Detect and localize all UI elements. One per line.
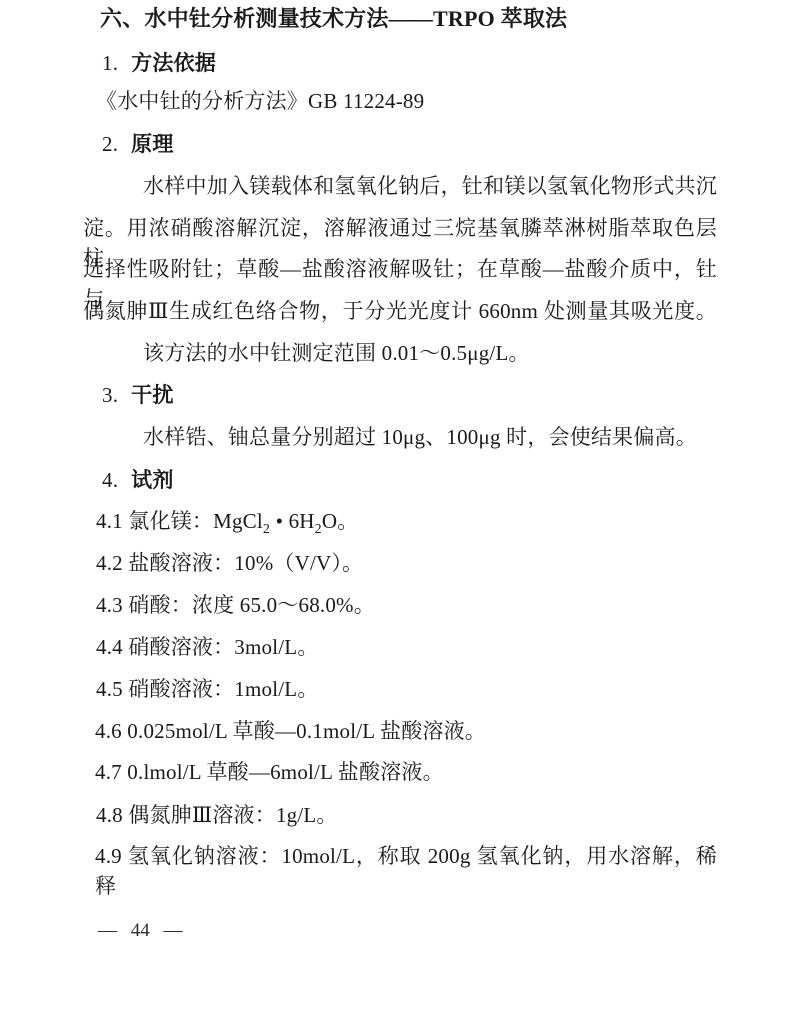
section-4-number: 4. [102, 468, 118, 492]
section-1-label: 方法依据 [131, 51, 216, 75]
page-number: — 44 — [98, 916, 183, 946]
interference-line: 水样锆、铀总量分别超过 10μg、100μg 时，会使结果偏高。 [143, 422, 697, 452]
section-1-number: 1. [102, 51, 118, 75]
section-2-heading: 2.原理 [102, 129, 174, 159]
reagent-item-4-5: 4.5 硝酸溶液：1mol/L。 [96, 674, 319, 704]
reagent-item-4-4: 4.4 硝酸溶液：3mol/L。 [96, 632, 319, 662]
reagent-item-4-6: 4.6 0.025mol/L 草酸—0.1mol/L 盐酸溶液。 [95, 716, 486, 746]
reagent-item-4-3: 4.3 硝酸：浓度 65.0～68.0%。 [96, 590, 375, 620]
reagent-item-4-2: 4.2 盐酸溶液：10%（V/V）。 [96, 548, 363, 578]
section-3-number: 3. [102, 383, 118, 407]
reagent-item-4-8: 4.8 偶氮胂Ⅲ溶液：1g/L。 [96, 800, 338, 830]
document-page: 六、水中钍分析测量技术方法——TRPO 萃取法 1.方法依据 《水中钍的分析方法… [0, 0, 800, 1013]
principle-paragraph-line-4: 偶氮胂Ⅲ生成红色络合物，于分光光度计 660nm 处测量其吸光度。 [83, 296, 717, 326]
reagent-4-1-text-a: 4.1 氯化镁：MgCl [96, 509, 263, 533]
section-3-heading: 3.干扰 [102, 380, 174, 410]
measurement-range-line: 该方法的水中钍测定范围 0.01～0.5μg/L。 [143, 338, 530, 368]
doc-title: 六、水中钍分析测量技术方法——TRPO 萃取法 [100, 3, 567, 35]
section-2-label: 原理 [131, 132, 173, 156]
section-4-heading: 4.试剂 [102, 465, 174, 495]
reagent-item-4-7: 4.7 0.lmol/L 草酸—6mol/L 盐酸溶液。 [95, 757, 444, 787]
section-2-number: 2. [102, 132, 118, 156]
reagent-4-1-subscript-b: 2 [315, 522, 322, 537]
section-4-label: 试剂 [131, 468, 173, 492]
standard-reference: 《水中钍的分析方法》GB 11224-89 [96, 86, 424, 116]
principle-paragraph-line-1: 水样中加入镁载体和氢氧化钠后，钍和镁以氢氧化物形式共沉 [83, 171, 717, 201]
reagent-item-4-9: 4.9 氢氧化钠溶液：10mol/L，称取 200g 氢氧化钠，用水溶解，稀释 [95, 841, 717, 901]
reagent-item-4-1: 4.1 氯化镁：MgCl2 • 6H2O。 [96, 506, 358, 536]
reagent-4-1-text-c: O。 [322, 509, 359, 533]
reagent-4-1-text-b: • 6H [270, 509, 315, 533]
section-1-heading: 1.方法依据 [102, 48, 216, 78]
section-3-label: 干扰 [131, 383, 173, 407]
